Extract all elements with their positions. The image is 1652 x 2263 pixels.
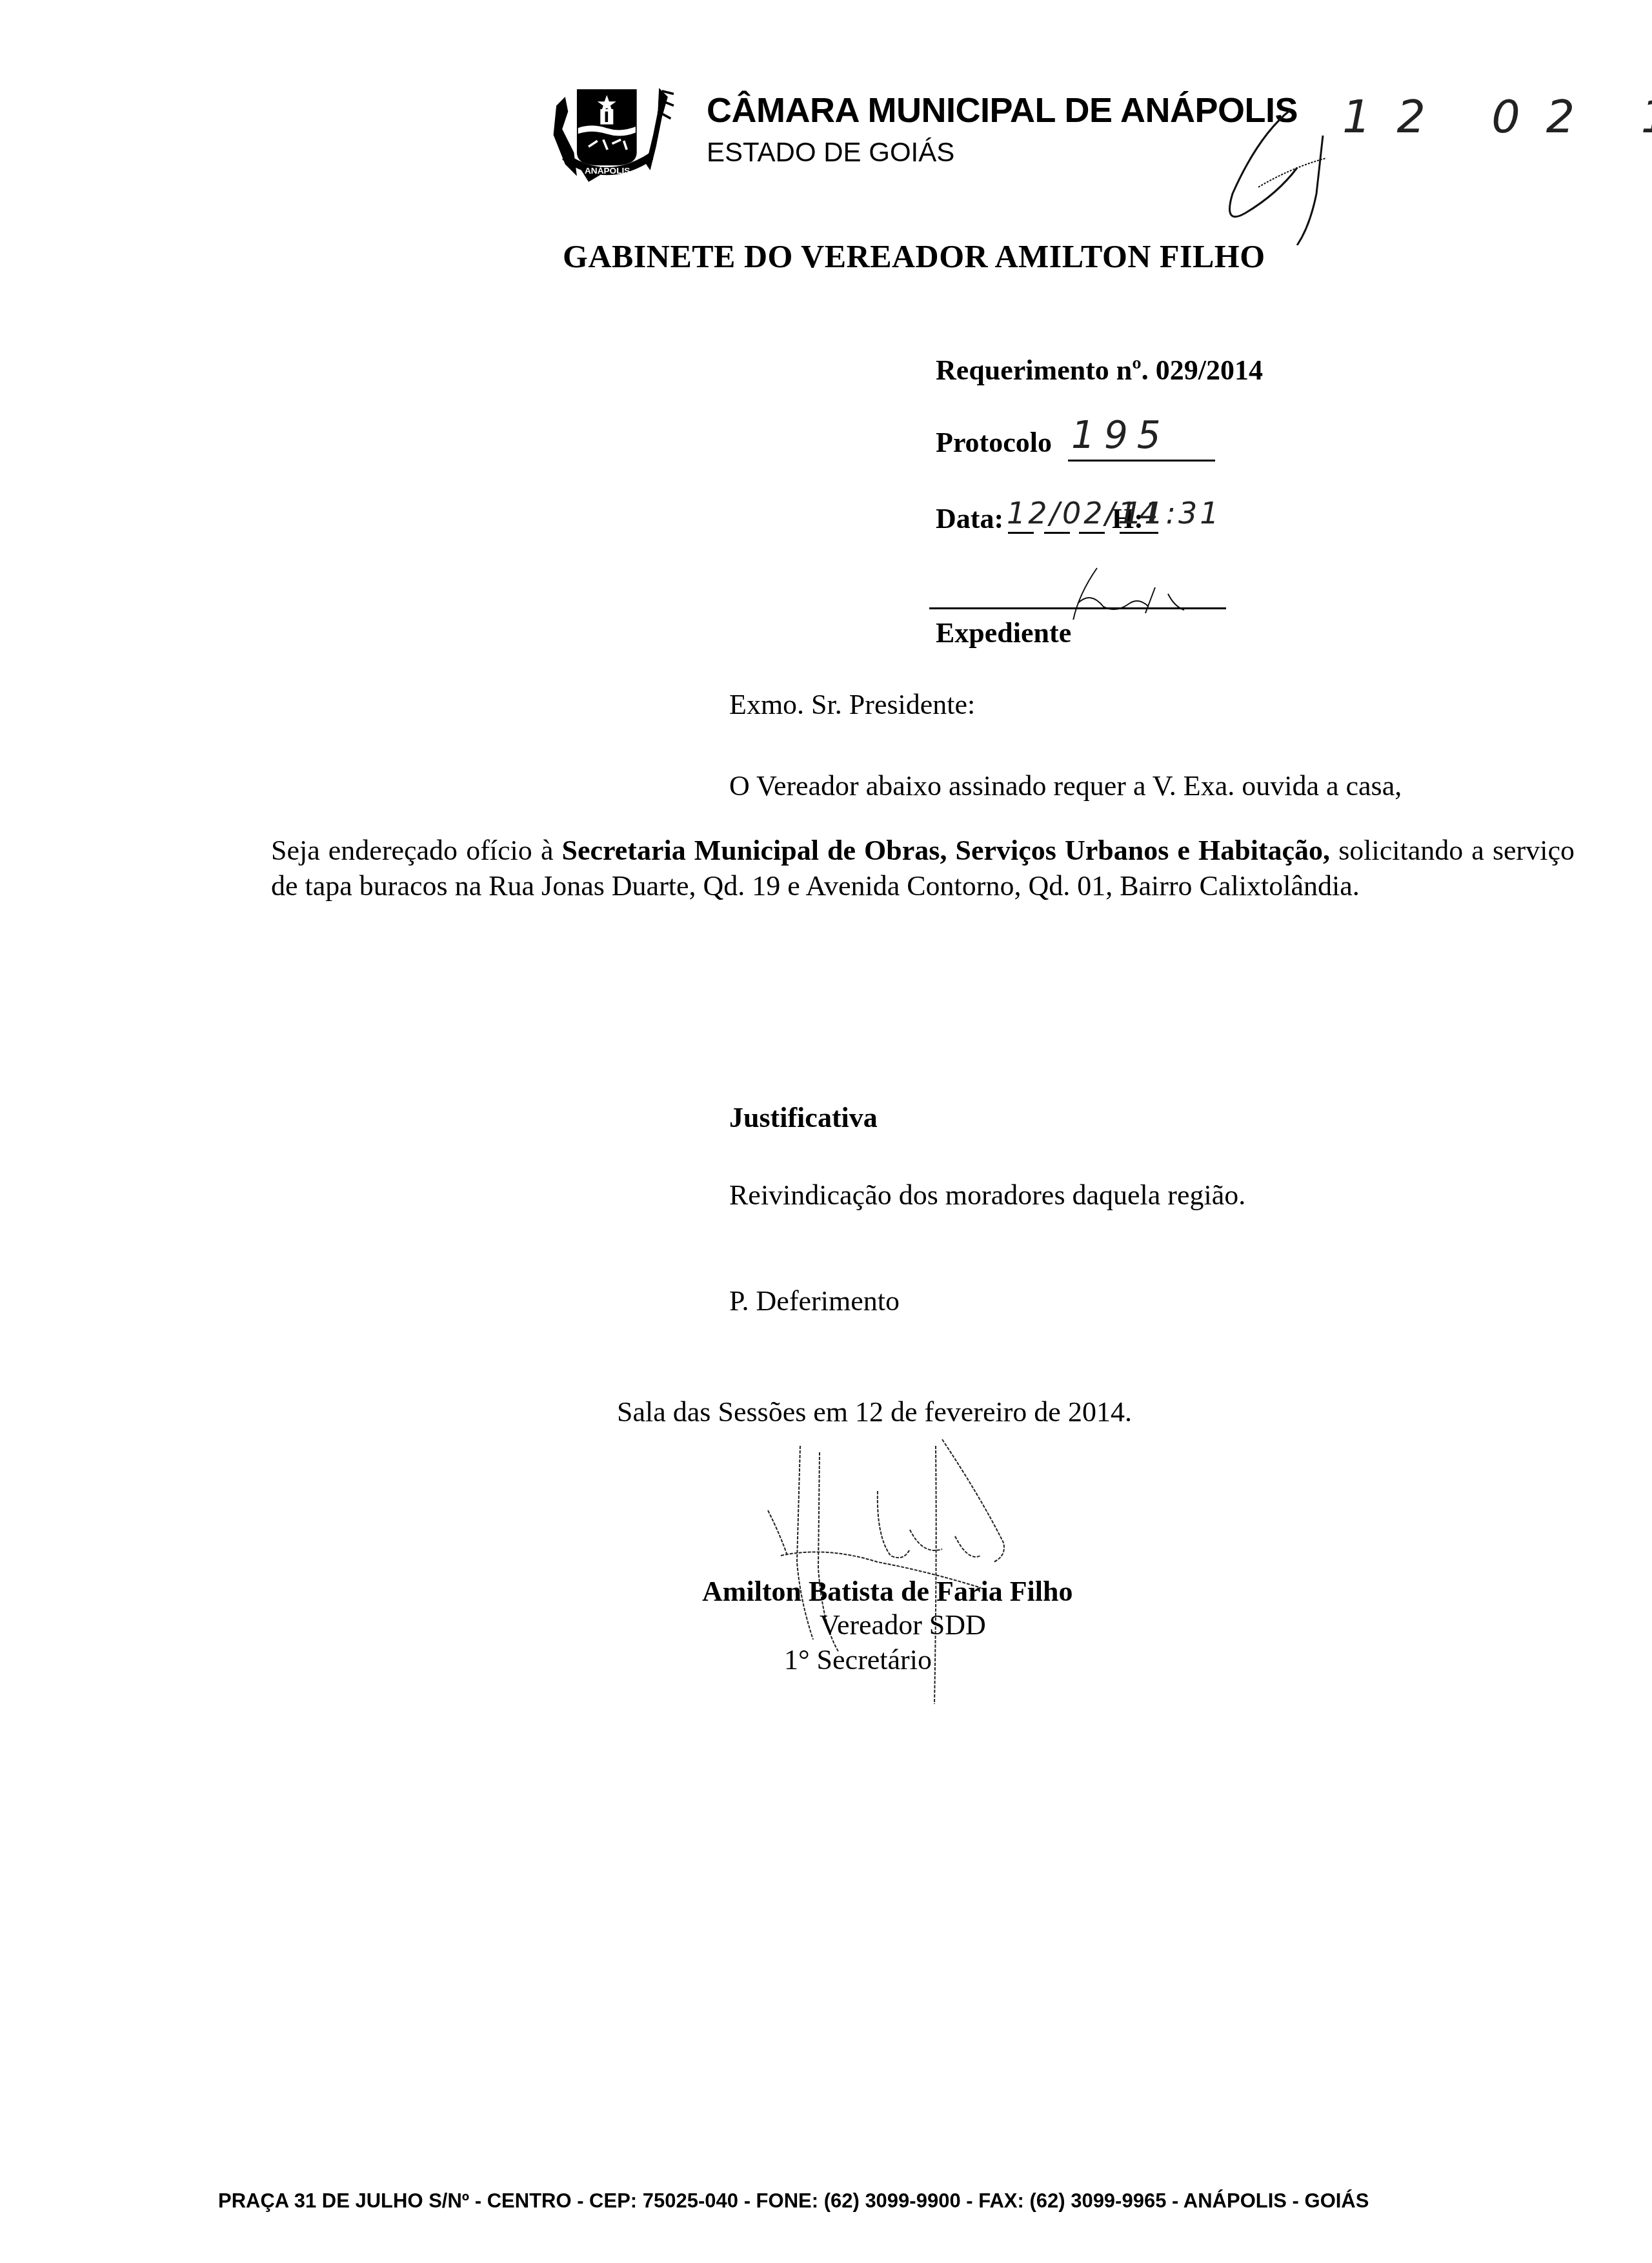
protocol-underline (1068, 460, 1215, 462)
time-underline (1120, 532, 1158, 534)
request-paragraph: Seja endereçado ofício à Secretaria Muni… (271, 833, 1575, 904)
organization-name: CÂMARA MUNICIPAL DE ANÁPOLIS (707, 90, 1298, 130)
handwritten-initials-icon (1220, 97, 1349, 245)
justification-title: Justificativa (729, 1101, 878, 1134)
place-and-date: Sala das Sessões em 12 de fevereiro de 2… (617, 1395, 1132, 1428)
signer-role: Vereador SDD (820, 1608, 986, 1641)
intro-text: O Vereador abaixo assinado requer a V. E… (729, 769, 1402, 802)
recipient-secretariat: Secretaria Municipal de Obras, Serviços … (562, 835, 1331, 866)
closing: P. Deferimento (729, 1284, 900, 1317)
dispatch-signature-line (929, 607, 1226, 609)
salutation: Exmo. Sr. Presidente: (729, 688, 975, 721)
receipt-stamp-date: 12 02 1 (1342, 90, 1652, 143)
time-value: 11:31 (1123, 496, 1222, 531)
protocol-value: 195 (1071, 413, 1170, 457)
signer-office: 1° Secretário (784, 1643, 932, 1676)
date-month-underline (1044, 532, 1070, 534)
signer-name: Amilton Batista de Faria Filho (702, 1575, 1073, 1608)
date-year-underline (1079, 532, 1105, 534)
protocol-label: Protocolo (936, 426, 1052, 459)
date-label: Data: (936, 503, 1003, 534)
request-paragraph-prefix: Seja endereçado ofício à (271, 835, 562, 866)
request-number: Requerimento nº. 029/2014 (936, 354, 1263, 387)
dispatch-label: Expediente (936, 616, 1071, 649)
footer-address: PRAÇA 31 DE JULHO S/Nº - CENTRO - CEP: 7… (218, 2189, 1369, 2213)
justification-text: Reivindicação dos moradores daquela regi… (729, 1179, 1245, 1212)
request-number-label: Requerimento nº. (936, 354, 1149, 386)
cabinet-title: GABINETE DO VEREADOR AMILTON FILHO (563, 238, 1265, 275)
municipal-coat-of-arms-icon: ANÁPOLIS (539, 65, 685, 194)
svg-text:ANÁPOLIS: ANÁPOLIS (585, 166, 630, 176)
dispatch-signature-icon (1058, 562, 1239, 620)
date-day-underline (1008, 532, 1034, 534)
organization-state: ESTADO DE GOIÁS (707, 137, 954, 168)
request-number-value: 029/2014 (1156, 354, 1263, 386)
